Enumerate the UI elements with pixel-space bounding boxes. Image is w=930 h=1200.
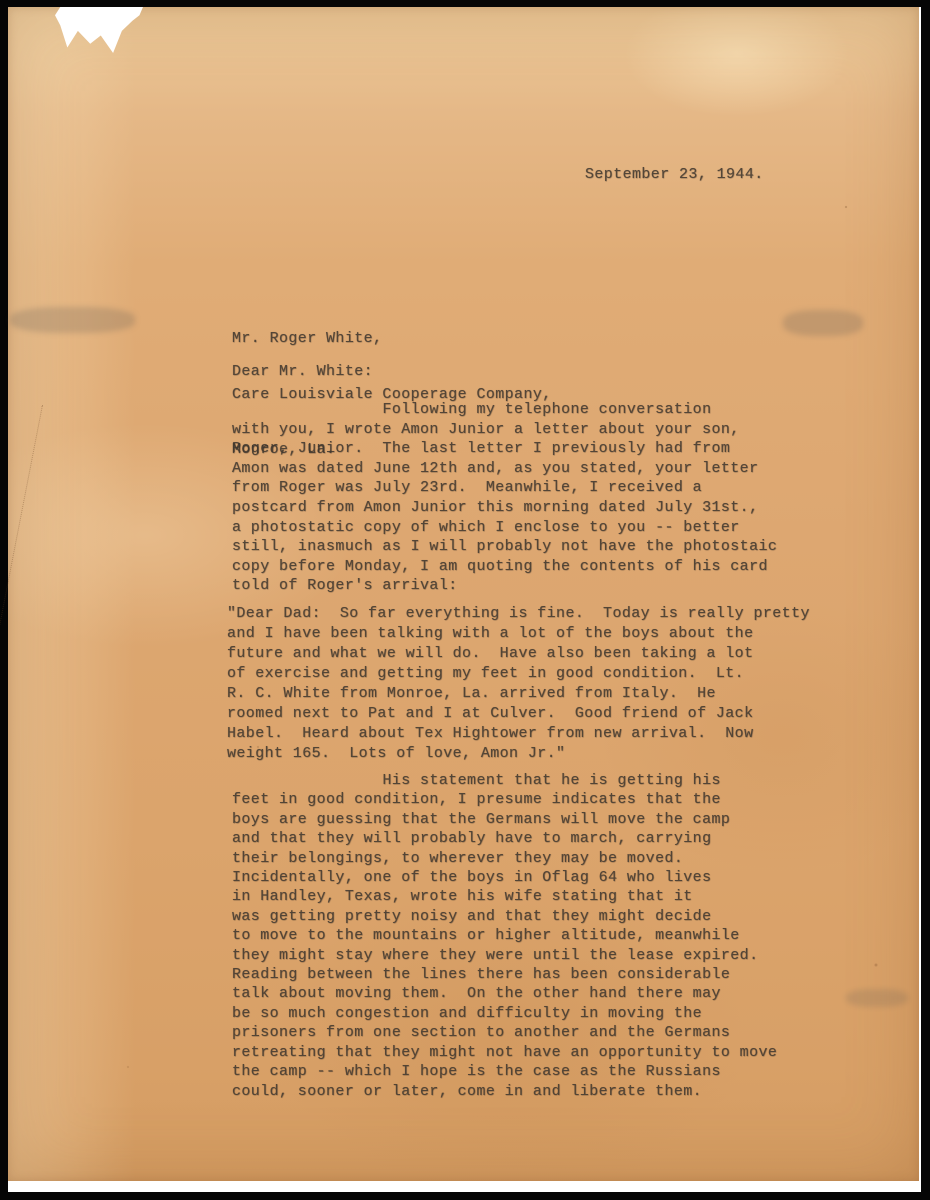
recipient-name: Mr. Roger White, bbox=[232, 330, 552, 349]
letter-scan: September 23, 1944. Mr. Roger White, Car… bbox=[0, 0, 930, 1200]
paragraph-quoted-postcard: "Dear Dad: So far everything is fine. To… bbox=[227, 604, 810, 764]
ink-smudge-lower-right bbox=[846, 989, 908, 1007]
letter-paper: September 23, 1944. Mr. Roger White, Car… bbox=[8, 7, 919, 1181]
scan-backing: September 23, 1944. Mr. Roger White, Car… bbox=[8, 7, 921, 1192]
paper-crease bbox=[0, 405, 44, 631]
ink-bleedthrough-smudge-left bbox=[10, 307, 135, 333]
ink-bleedthrough-smudge-right bbox=[783, 310, 863, 336]
date-line: September 23, 1944. bbox=[585, 165, 764, 184]
paragraph-intro: Following my telephone conversation with… bbox=[232, 400, 777, 596]
paragraph-commentary: His statement that he is getting his fee… bbox=[232, 771, 777, 1101]
salutation: Dear Mr. White: bbox=[232, 362, 373, 381]
